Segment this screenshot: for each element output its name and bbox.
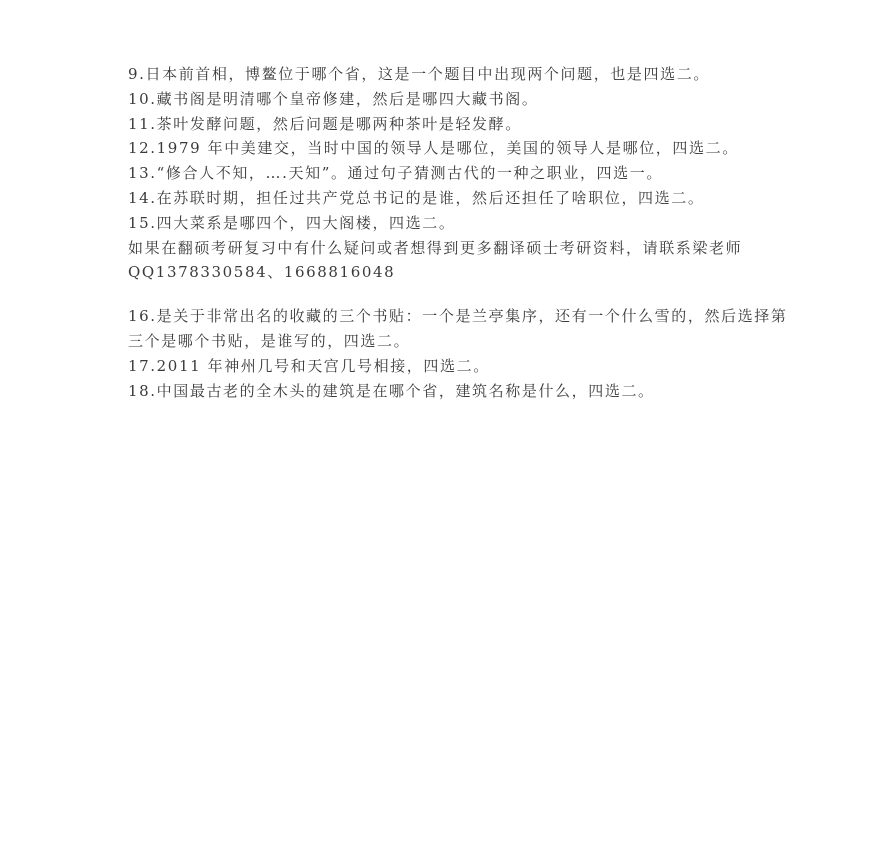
- question-line-11: 11.茶叶发酵问题，然后问题是哪两种茶叶是轻发酵。: [128, 112, 753, 137]
- question-line-13: 13.“修合人不知，….天知”。通过句子猜测古代的一种之职业，四选一。: [128, 161, 753, 186]
- contact-note-line: 如果在翻硕考研复习中有什么疑问或者想得到更多翻译硕士考研资料，请联系梁老师: [128, 236, 753, 261]
- question-line-14: 14.在苏联时期，担任过共产党总书记的是谁，然后还担任了啥职位，四选二。: [128, 186, 753, 211]
- question-line-17: 17.2011 年神州几号和天宫几号相接，四选二。: [128, 354, 753, 379]
- contact-qq-line: QQ1378330584、1668816048: [128, 260, 753, 285]
- document-page: 9.日本前首相，博鳌位于哪个省，这是一个题目中出现两个问题，也是四选二。 10.…: [0, 0, 870, 842]
- question-line-9: 9.日本前首相，博鳌位于哪个省，这是一个题目中出现两个问题，也是四选二。: [128, 62, 753, 87]
- blank-line-spacer: [128, 285, 753, 304]
- question-line-10: 10.藏书阁是明清哪个皇帝修建，然后是哪四大藏书阁。: [128, 87, 753, 112]
- question-line-12: 12.1979 年中美建交，当时中国的领导人是哪位，美国的领导人是哪位，四选二。: [128, 136, 753, 161]
- question-line-18: 18.中国最古老的全木头的建筑是在哪个省，建筑名称是什么，四选二。: [128, 379, 753, 404]
- question-line-16a: 16.是关于非常出名的收藏的三个书贴：一个是兰亭集序，还有一个什么雪的，然后选择…: [128, 304, 753, 329]
- question-line-15: 15.四大菜系是哪四个，四大阁楼，四选二。: [128, 211, 753, 236]
- question-line-16b: 三个是哪个书贴，是谁写的，四选二。: [128, 329, 753, 354]
- document-body: 9.日本前首相，博鳌位于哪个省，这是一个题目中出现两个问题，也是四选二。 10.…: [128, 62, 753, 403]
